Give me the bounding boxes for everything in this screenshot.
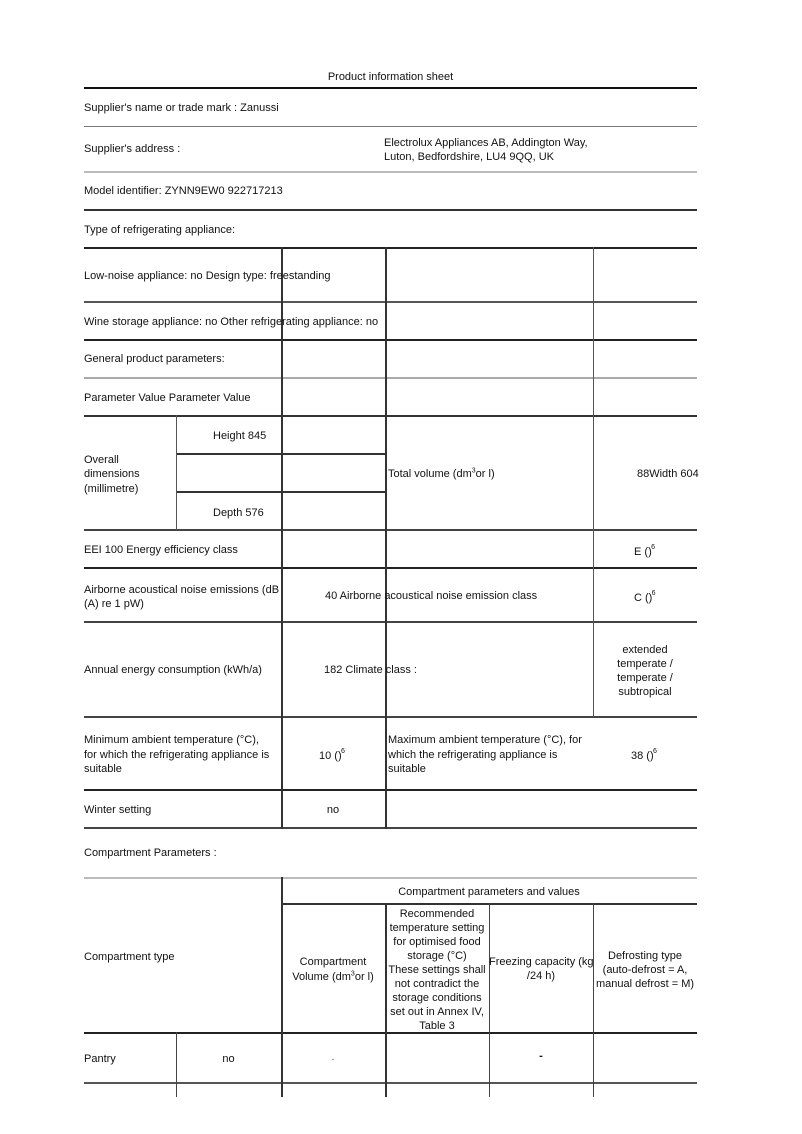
general-heading: General product parameters: xyxy=(84,352,225,366)
divider xyxy=(84,621,697,623)
noise-label-2: (A) re 1 pW) xyxy=(84,597,144,611)
column-divider xyxy=(281,247,283,829)
dimensions-label-3: (millimetre) xyxy=(84,482,138,496)
defrost-header-2: (auto-defrost = A, xyxy=(593,963,697,977)
max-temp-label-2: which the refrigerating appliance is xyxy=(388,748,557,762)
volume-header-1: Compartment xyxy=(281,955,385,969)
climate-class-4: subtropical xyxy=(593,685,697,699)
temp-header-line: These settings shall xyxy=(385,963,489,977)
temp-header-line: set out in Annex IV, xyxy=(385,1005,489,1019)
supplier-address-label: Supplier's address : xyxy=(84,142,180,156)
divider xyxy=(84,877,697,879)
supplier-address-line1: Electrolux Appliances AB, Addington Way, xyxy=(384,136,588,150)
divider xyxy=(84,377,697,379)
column-divider xyxy=(385,247,387,829)
temp-header: Recommended temperature setting for opti… xyxy=(385,907,489,1033)
compartment-row-volume: - xyxy=(281,1052,385,1066)
dimensions-label-1: Overall xyxy=(84,453,119,467)
dimensions-label-2: dimensions xyxy=(84,467,140,481)
divider xyxy=(84,87,697,89)
total-volume-value: 88Width 604 xyxy=(637,467,699,481)
model-identifier: Model identifier: ZYNN9EW0 922717213 xyxy=(84,184,283,198)
min-temp-value: 10 (6) xyxy=(319,749,342,763)
winter-setting-label: Winter setting xyxy=(84,803,151,817)
defrost-header-1: Defrosting type xyxy=(593,949,697,963)
annual-energy-value: 182 Climate class : xyxy=(324,663,417,677)
depth-value: Depth 576 xyxy=(213,506,264,520)
divider xyxy=(84,827,697,829)
min-temp-label-2: for which the refrigerating appliance is xyxy=(84,748,269,762)
temp-header-line: not contradict the xyxy=(385,977,489,991)
total-volume-label: Total volume (dm3or l) xyxy=(388,467,495,481)
column-divider xyxy=(176,415,177,530)
noise-class: C (6) xyxy=(634,591,652,605)
page-title: Product information sheet xyxy=(84,70,697,84)
divider xyxy=(84,789,697,791)
volume-header-2: Volume (dm3or l) xyxy=(281,970,385,984)
divider xyxy=(84,126,697,127)
appliance-type-heading: Type of refrigerating appliance: xyxy=(84,223,235,237)
defrost-header-3: manual defrost = M) xyxy=(593,977,697,991)
max-temp-label-3: suitable xyxy=(388,762,426,776)
max-temp-label-1: Maximum ambient temperature (°C), for xyxy=(388,733,582,747)
divider xyxy=(84,247,697,249)
divider xyxy=(84,716,697,718)
divider xyxy=(84,209,697,211)
climate-class-3: temperate / xyxy=(593,671,697,685)
freezing-header-2: /24 h) xyxy=(489,969,593,983)
temp-header-line: storage conditions xyxy=(385,991,489,1005)
noise-label-1: Airborne acoustical noise emissions (dB xyxy=(84,583,279,597)
divider xyxy=(84,171,697,173)
supplier-name: Supplier's name or trade mark : Zanussi xyxy=(84,101,279,115)
energy-class: E (6) xyxy=(634,545,652,559)
winter-setting-value: no xyxy=(281,803,385,817)
min-temp-label-3: suitable xyxy=(84,762,122,776)
noise-value: 40 Airborne acoustical noise emission cl… xyxy=(325,589,537,603)
compartment-heading: Compartment Parameters : xyxy=(84,846,217,860)
appliance-type-row-1: Low-noise appliance: no Design type: fre… xyxy=(84,269,330,283)
compartment-row-type: Pantry xyxy=(84,1052,116,1066)
temp-header-line: temperature setting xyxy=(385,921,489,935)
column-divider xyxy=(593,903,594,1097)
temp-header-line: storage (°C) xyxy=(385,949,489,963)
height-value: Height 845 xyxy=(213,429,266,443)
temp-header-line: Table 3 xyxy=(385,1019,489,1033)
climate-class-2: temperate / xyxy=(593,657,697,671)
annual-energy-label: Annual energy consumption (kWh/a) xyxy=(84,663,262,677)
compartment-type-header: Compartment type xyxy=(84,950,174,964)
max-temp-value: 38 (6) xyxy=(631,749,654,763)
temp-header-line: Recommended xyxy=(385,907,489,921)
compartment-group-header: Compartment parameters and values xyxy=(281,885,697,899)
compartment-row-freezing: - xyxy=(489,1049,593,1063)
divider xyxy=(84,567,697,569)
divider xyxy=(84,339,697,341)
temp-header-line: for optimised food xyxy=(385,935,489,949)
column-divider xyxy=(489,903,490,1097)
divider xyxy=(84,301,697,303)
freezing-header-1: Freezing capacity (kg xyxy=(489,955,593,969)
eei-label: EEI 100 Energy efficiency class xyxy=(84,543,238,557)
climate-class-1: extended xyxy=(593,643,697,657)
compartment-row-present: no xyxy=(176,1052,281,1066)
min-temp-label-1: Minimum ambient temperature (°C), xyxy=(84,733,259,747)
supplier-address-line2: Luton, Bedfordshire, LU4 9QQ, UK xyxy=(384,150,554,164)
appliance-type-row-2: Wine storage appliance: no Other refrige… xyxy=(84,315,378,329)
general-header-row: Parameter Value Parameter Value xyxy=(84,391,251,405)
